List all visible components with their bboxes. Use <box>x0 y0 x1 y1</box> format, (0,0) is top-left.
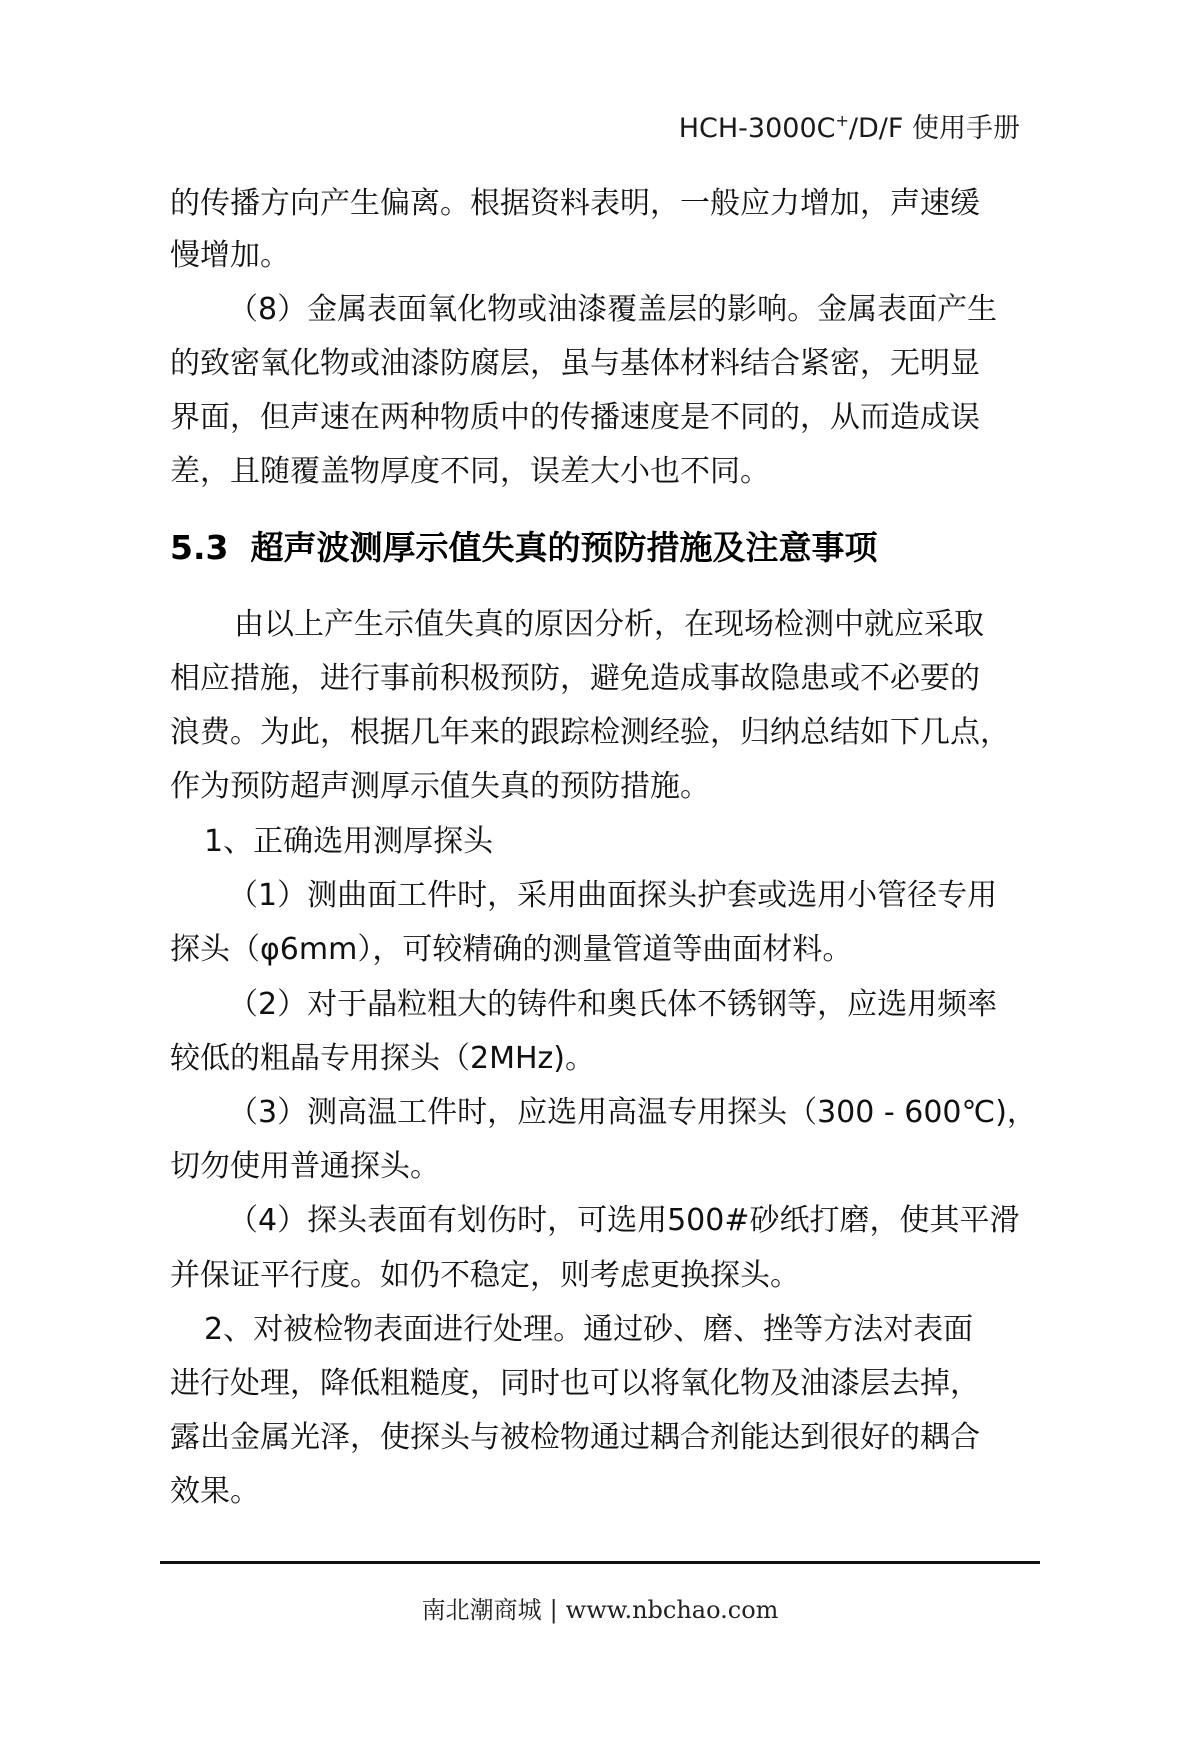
header-suffix: /D/F 使用手册 <box>849 113 1020 144</box>
list-item-8: （8）金属表面氧化物或油漆覆盖层的影响。金属表面产生 <box>228 290 997 330</box>
section-paragraph-line: 露出金属光泽，使探头与被检物通过耦合剂能达到很好的耦合 <box>170 1418 980 1458</box>
section-paragraph-line: 效果。 <box>170 1472 260 1512</box>
sub-item-line: 探头（φ6mm），可较精确的测量管道等曲面材料。 <box>170 930 852 970</box>
header-model: HCH-3000C <box>679 113 836 144</box>
footer-site-name: 南北潮商城 <box>422 1596 542 1624</box>
body-line: 差，且随覆盖物厚度不同，误差大小也不同。 <box>170 452 770 492</box>
body-line: 的致密氧化物或油漆防腐层，虽与基体材料结合紧密，无明显 <box>170 344 980 384</box>
body-line: 界面，但声速在两种物质中的传播速度是不同的，从而造成误 <box>170 398 980 438</box>
sub-item-1: （1）测曲面工件时，采用曲面探头护套或选用小管径专用 <box>228 876 997 916</box>
section-paragraph-line: 进行处理，降低粗糙度，同时也可以将氧化物及油漆层去掉， <box>170 1364 980 1404</box>
section-title: 超声波测厚示值失真的预防措施及注意事项 <box>250 528 877 567</box>
section-heading: 5.3超声波测厚示值失真的预防措施及注意事项 <box>170 527 877 569</box>
section-paragraph-line: 作为预防超声测厚示值失真的预防措施。 <box>170 767 710 807</box>
sub-item-line: 较低的粗晶专用探头（2MHz)。 <box>170 1039 595 1079</box>
body-line: 慢增加。 <box>170 236 290 276</box>
page-header: HCH-3000C+/D/F 使用手册 <box>679 112 1020 146</box>
footer-url[interactable]: www.nbchao.com <box>566 1596 779 1624</box>
page-footer: 南北潮商城|www.nbchao.com <box>0 1595 1200 1625</box>
footer-divider <box>160 1561 1040 1564</box>
sub-item-line: 并保证平行度。如仍不稳定，则考虑更换探头。 <box>170 1256 800 1296</box>
section-paragraph-line: 由以上产生示值失真的原因分析，在现场检测中就应采取 <box>234 605 984 645</box>
section-number: 5.3 <box>170 528 228 567</box>
body-line: 的传播方向产生偏离。根据资料表明，一般应力增加，声速缓 <box>170 184 980 224</box>
numbered-item-2: 2、对被检物表面进行处理。通过砂、磨、挫等方法对表面 <box>204 1310 973 1350</box>
numbered-item-1: 1、正确选用测厚探头 <box>204 822 493 862</box>
sub-item-line: 切勿使用普通探头。 <box>170 1147 440 1187</box>
section-paragraph-line: 浪费。为此，根据几年来的跟踪检测经验，归纳总结如下几点， <box>170 713 1010 753</box>
sub-item-3: （3）测高温工件时，应选用高温专用探头（300 - 600℃)， <box>228 1093 1037 1133</box>
section-paragraph-line: 相应措施，进行事前积极预防，避免造成事故隐患或不必要的 <box>170 659 980 699</box>
header-superscript: + <box>835 111 848 130</box>
sub-item-4: （4）探头表面有划伤时，可选用500#砂纸打磨，使其平滑 <box>228 1201 1019 1241</box>
footer-separator: | <box>550 1595 558 1625</box>
sub-item-2: （2）对于晶粒粗大的铸件和奥氏体不锈钢等，应选用频率 <box>228 985 997 1025</box>
